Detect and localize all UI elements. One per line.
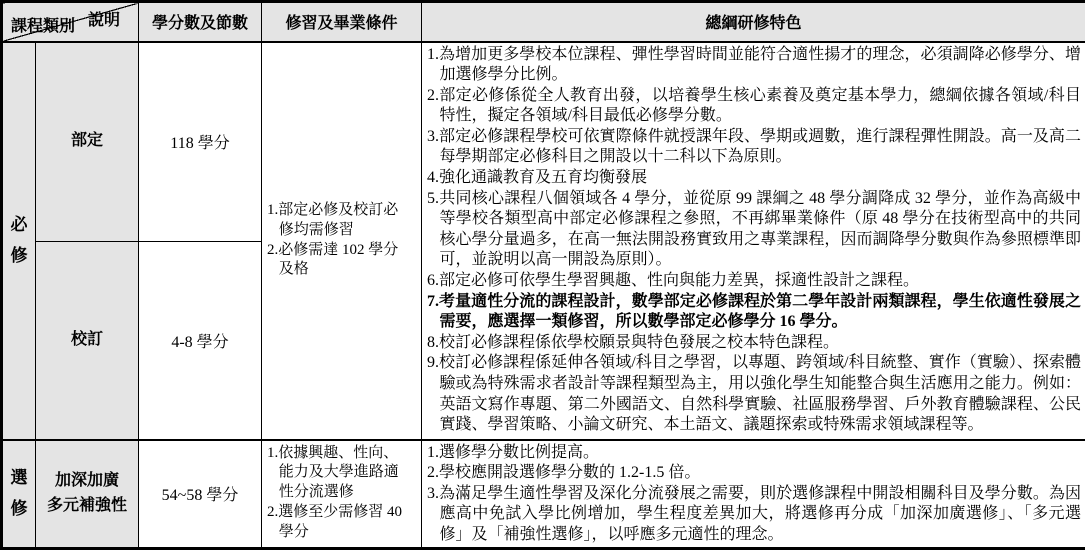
elective-feature-item: 3.為滿足學生適性學習及深化分流發展之需要，則於選修課程中開設相關科目及學分數。… <box>427 484 1081 546</box>
required-ministry-row: 必修 部定 118 學分 1.部定必修及校訂必 修均需修習 2.必修需達 102… <box>2 42 1085 242</box>
elective-category-label: 選修 <box>10 463 28 524</box>
header-row: 說明 課程類別 學分數及節數 修習及畢業條件 總綱研修特色 <box>2 2 1085 42</box>
cell-credits-elective: 54~58 學分 <box>139 440 262 549</box>
required-feature-item: 2.部定必修係從全人教育出發，以培養學生核心素養及奠定基本學力，總綱依據各領域/… <box>427 86 1081 127</box>
required-feature-item: 6.部定必修可依學生學習興趣、性向與能力差異，採適性設計之課程。 <box>427 271 1081 292</box>
cell-category-elective: 選修 <box>2 440 36 549</box>
elective-feature-item: 2.學校應開設選修學分數的 1.2-1.5 倍。 <box>427 463 1081 484</box>
column-header-credits: 學分數及節數 <box>139 2 262 42</box>
ministry-credits-value: 118 學分 <box>139 130 261 153</box>
cell-elective-features: 1.選修學分數比例提高。 2.學校應開設選修學分數的 1.2-1.5 倍。 3.… <box>422 440 1085 549</box>
cell-type-elective: 加深加廣 多元補強性 <box>36 440 139 549</box>
elective-feature-item: 1.選修學分數比例提高。 <box>427 443 1081 464</box>
cell-type-school: 校訂 <box>36 242 139 440</box>
elective-condition-item: 2.選修至少需修習 40 學分 <box>267 503 419 543</box>
elective-type-label: 加深加廣 多元補強性 <box>36 469 138 519</box>
required-condition-item: 2.必修需達 102 學分 及格 <box>267 241 419 281</box>
elective-row: 選修 加深加廣 多元補強性 54~58 學分 1.依據興趣、性向、 能力及大學進… <box>2 440 1085 549</box>
ministry-type-label: 部定 <box>36 129 138 154</box>
header-note-label: 說明 <box>88 7 120 30</box>
required-feature-item: 5.共同核心課程八個領域各 4 學分，並從原 99 課綱之 48 學分調降成 3… <box>427 189 1081 271</box>
curriculum-table: 說明 課程類別 學分數及節數 修習及畢業條件 總綱研修特色 必修 部定 118 … <box>0 0 1085 550</box>
column-header-conditions: 修習及畢業條件 <box>262 2 422 42</box>
diagonal-header-cell: 說明 課程類別 <box>2 2 139 42</box>
cell-category-required: 必修 <box>2 42 36 440</box>
cell-type-ministry: 部定 <box>36 42 139 242</box>
cell-credits-ministry: 118 學分 <box>139 42 262 242</box>
required-category-label: 必修 <box>10 210 28 271</box>
required-feature-item: 9.校訂必修課程係延伸各領域/科目之學習，以專題、跨領域/科目統整、實作（實驗）… <box>427 353 1081 435</box>
required-feature-item-emphasized: 7.考量適性分流的課程設計，數學部定必修課程於第二學年設計兩類課程，學生依適性發… <box>427 292 1081 333</box>
required-feature-item: 8.校訂必修課程係依學校願景與特色發展之校本特色課程。 <box>427 333 1081 354</box>
header-category-label: 課程類別 <box>11 13 75 36</box>
required-feature-item: 4.強化通識教育及五育均衡發展 <box>427 168 1081 189</box>
required-feature-item: 3.部定必修課程學校可依實際條件就授課年段、學期或週數，進行課程彈性開設。高一及… <box>427 127 1081 168</box>
elective-condition-item: 1.依據興趣、性向、 能力及大學進路適 性分流選修 <box>267 444 419 503</box>
required-condition-item: 1.部定必修及校訂必 修均需修習 <box>267 201 419 241</box>
required-feature-item: 1.為增加更多學校本位課程、彈性學習時間並能符合適性揚才的理念，必須調降必修學分… <box>427 45 1081 86</box>
elective-credits-value: 54~58 學分 <box>139 482 261 505</box>
cell-elective-conditions: 1.依據興趣、性向、 能力及大學進路適 性分流選修 2.選修至少需修習 40 學… <box>262 440 422 549</box>
cell-credits-school: 4-8 學分 <box>139 242 262 440</box>
cell-required-features: 1.為增加更多學校本位課程、彈性學習時間並能符合適性揚才的理念，必須調降必修學分… <box>422 42 1085 440</box>
cell-required-conditions: 1.部定必修及校訂必 修均需修習 2.必修需達 102 學分 及格 <box>262 42 422 440</box>
school-type-label: 校訂 <box>36 328 138 353</box>
column-header-features: 總綱研修特色 <box>422 2 1085 42</box>
school-credits-value: 4-8 學分 <box>139 329 261 352</box>
